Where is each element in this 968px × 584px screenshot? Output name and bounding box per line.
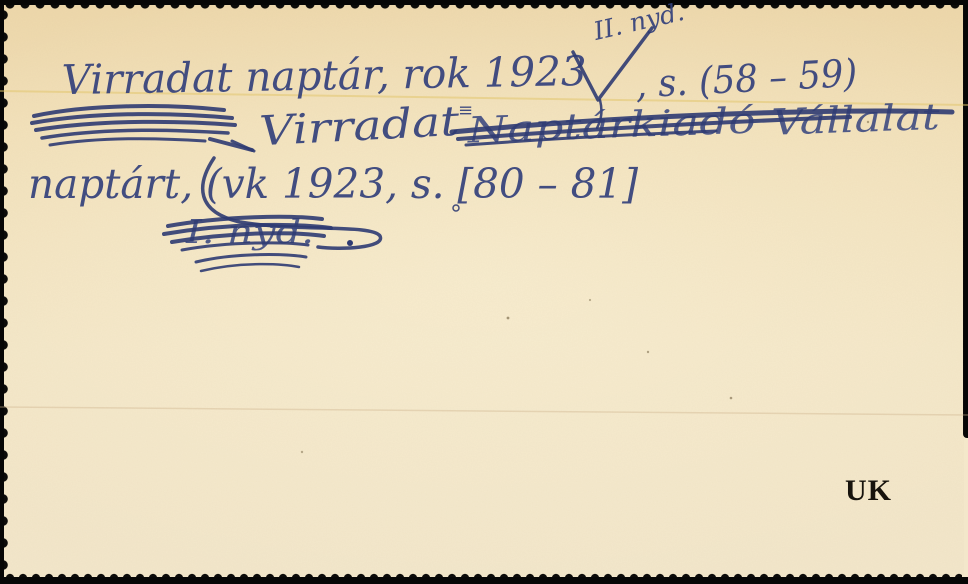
stamp-uk: UK <box>845 474 892 508</box>
handwritten-line1-title: Virradat naptár, rok 1923 <box>61 47 587 104</box>
handwritten-line3: naptárt, (vk 1923, s. [80 – 81] <box>28 160 639 208</box>
handwriting-layer: Virradat naptár, rok 1923 II. nyd. , s. … <box>0 0 968 584</box>
scanned-card-scene: Virradat naptár, rok 1923 II. nyd. , s. … <box>0 0 968 584</box>
